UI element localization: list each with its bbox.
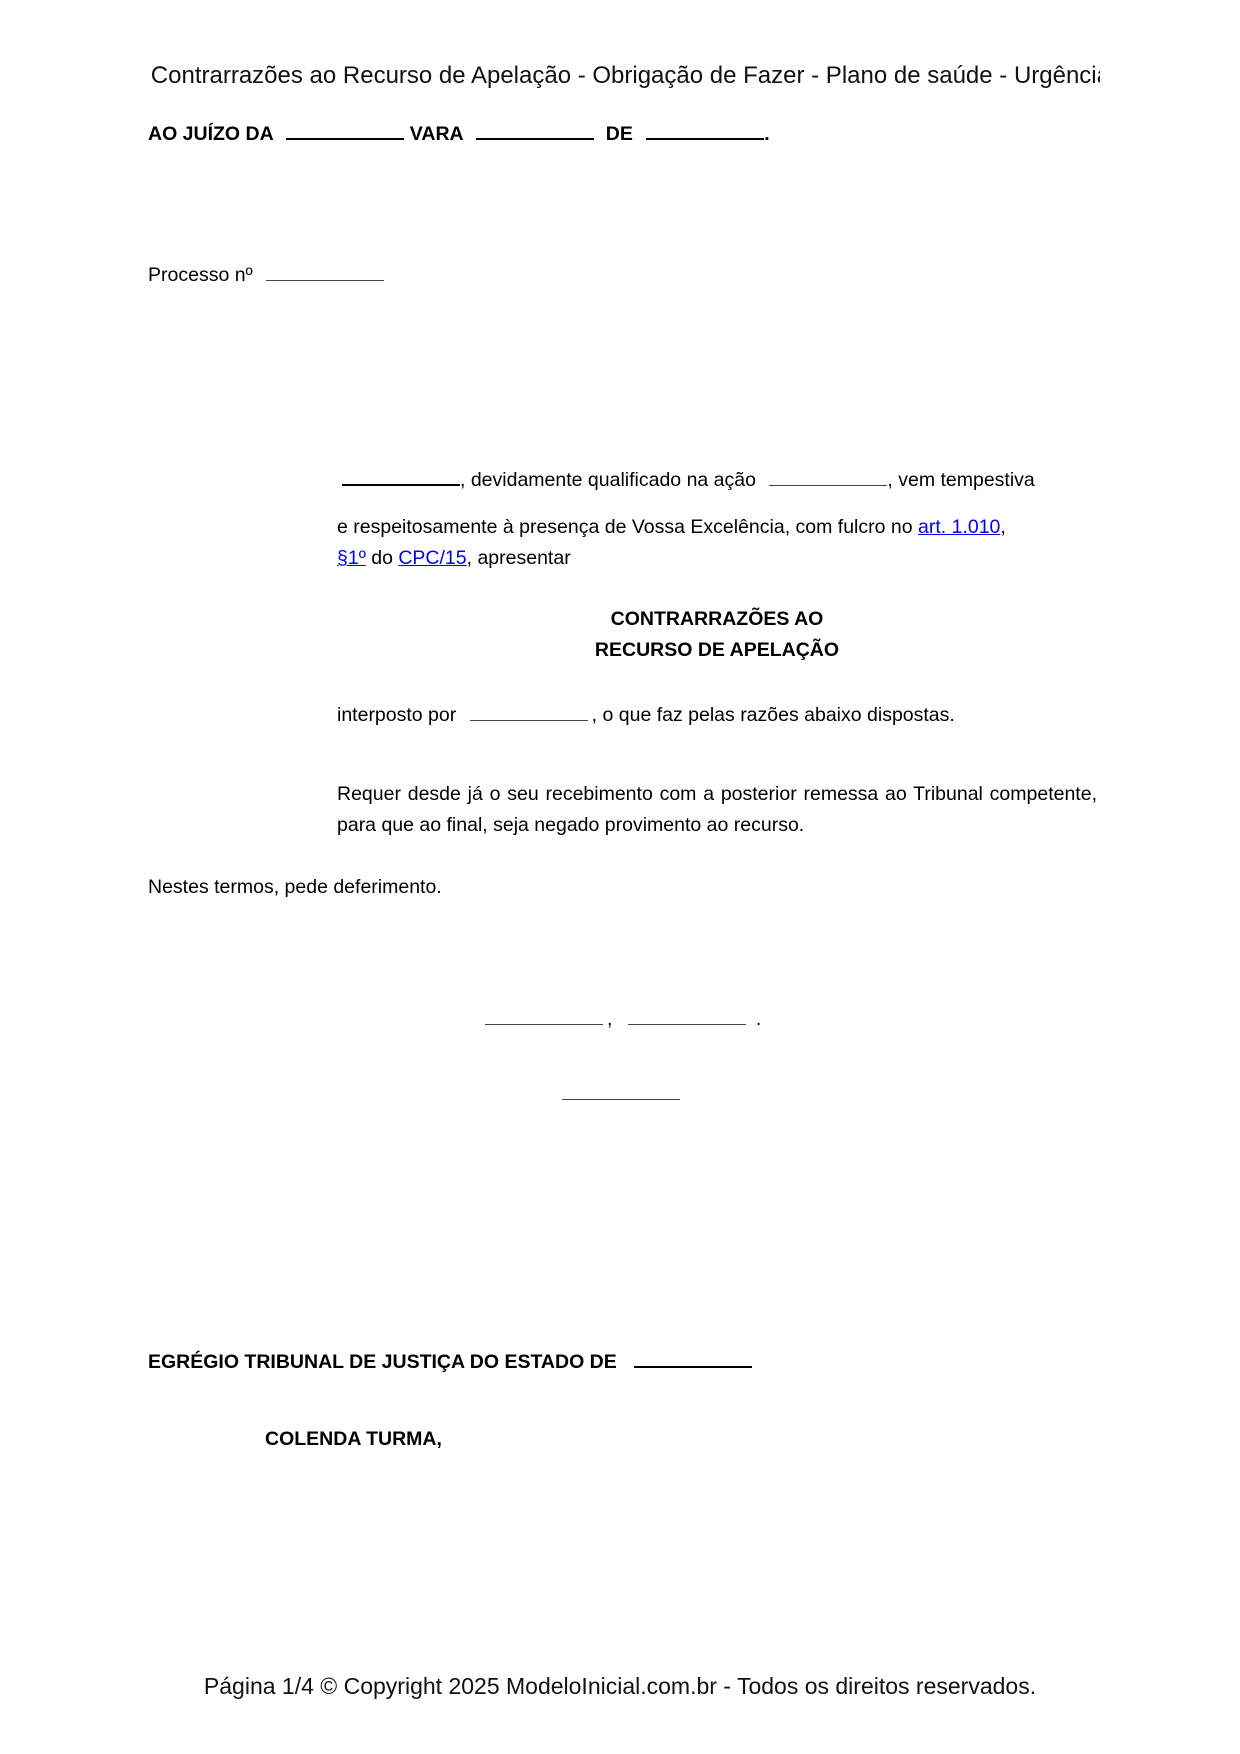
place-date-end: . bbox=[756, 1008, 761, 1030]
closing-line: Nestes termos, pede deferimento. bbox=[148, 875, 442, 899]
interposed-prefix: interposto por bbox=[337, 704, 456, 726]
address-part2: VARA bbox=[410, 123, 463, 145]
intro-text1: , devidamente qualificado na ação bbox=[460, 469, 756, 491]
address-end: . bbox=[764, 123, 769, 145]
blank-date bbox=[628, 1010, 746, 1025]
do-text: do bbox=[366, 547, 399, 569]
blank-action-name bbox=[769, 471, 887, 486]
article-link[interactable]: art. 1.010 bbox=[918, 516, 1000, 538]
running-header: Contrarrazões ao Recurso de Apelação - O… bbox=[148, 60, 1100, 96]
court-heading-text: EGRÉGIO TRIBUNAL DE JUSTIÇA DO ESTADO DE bbox=[148, 1351, 617, 1373]
interposed-line: interposto por , o que faz pelas razões … bbox=[337, 703, 955, 727]
blank-comarca bbox=[646, 124, 764, 140]
blank-vara-number bbox=[286, 124, 404, 140]
court-heading: EGRÉGIO TRIBUNAL DE JUSTIÇA DO ESTADO DE bbox=[148, 1350, 752, 1374]
intro-paragraph: e respeitosamente à presença de Vossa Ex… bbox=[337, 512, 1097, 574]
address-line: AO JUÍZO DA VARA DE . bbox=[148, 122, 770, 146]
page-footer: Página 1/4 © Copyright 2025 ModeloInicia… bbox=[0, 1673, 1240, 1700]
paragraph-link[interactable]: §1º bbox=[337, 547, 366, 569]
place-date-sep: , bbox=[607, 1008, 612, 1030]
title-line1: CONTRARRAZÕES AO bbox=[337, 607, 1097, 631]
intro-line2: e respeitosamente à presença de Vossa Ex… bbox=[337, 516, 918, 538]
cpc-link[interactable]: CPC/15 bbox=[398, 547, 466, 569]
blank-vara-name bbox=[476, 124, 594, 140]
intro-end: , apresentar bbox=[467, 547, 571, 569]
address-part3: DE bbox=[606, 123, 633, 145]
blank-party-name bbox=[342, 470, 460, 486]
running-header-text: Contrarrazões ao Recurso de Apelação - O… bbox=[151, 60, 1100, 92]
signature-line bbox=[562, 1085, 680, 1100]
blank-state bbox=[634, 1352, 752, 1368]
intro-text2: , vem tempestiva bbox=[887, 469, 1034, 491]
place-date-line: , . bbox=[485, 1007, 761, 1031]
blank-process-number bbox=[266, 266, 384, 281]
blank-place bbox=[485, 1010, 603, 1025]
blank-appellant bbox=[470, 706, 588, 721]
request-paragraph: Requer desde já o seu recebimento com a … bbox=[337, 779, 1097, 841]
intro-line1: , devidamente qualificado na ação , vem … bbox=[342, 468, 1094, 492]
address-part1: AO JUÍZO DA bbox=[148, 123, 273, 145]
comma: , bbox=[1000, 516, 1005, 538]
title-line2: RECURSO DE APELAÇÃO bbox=[337, 638, 1097, 662]
salutation: COLENDA TURMA, bbox=[265, 1427, 442, 1451]
process-label: Processo nº bbox=[148, 264, 253, 286]
interposed-suffix: , o que faz pelas razões abaixo disposta… bbox=[592, 704, 955, 726]
process-line: Processo nº bbox=[148, 263, 384, 287]
blank-signature bbox=[562, 1085, 680, 1100]
